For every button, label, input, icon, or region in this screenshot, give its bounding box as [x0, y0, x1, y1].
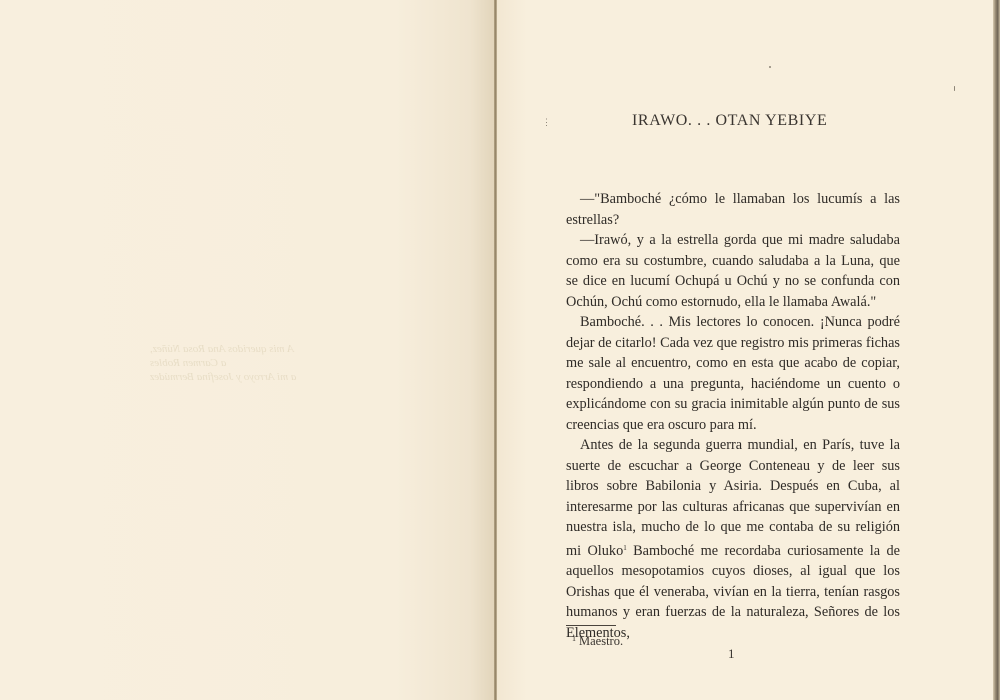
- paper-speck: [769, 66, 771, 68]
- bleed-line: A mis queridos Ana Rosa Núñez,: [150, 342, 330, 356]
- paragraph-text: Antes de la segunda guerra mundial, en P…: [566, 437, 900, 559]
- bleed-line: a mi Arroyo y Josefina Bermúdez: [150, 370, 330, 384]
- footnote: 1Maestro.: [572, 634, 623, 649]
- paper-speck: [954, 86, 955, 91]
- paragraph: Antes de la segunda guerra mundial, en P…: [566, 435, 900, 643]
- footnote-text: Maestro.: [579, 634, 623, 648]
- body-text: —"Bamboché ¿cómo le llamaban los lucumís…: [566, 189, 900, 643]
- paragraph: Bamboché. . . Mis lectores lo conocen. ¡…: [566, 312, 900, 435]
- footnote-number: 1: [572, 634, 576, 643]
- page-number: 1: [728, 646, 735, 662]
- left-page: A mis queridos Ana Rosa Núñez, a Carmen …: [0, 0, 494, 700]
- bleed-through-text: A mis queridos Ana Rosa Núñez, a Carmen …: [150, 342, 330, 384]
- smudge-mark: ⋮: [542, 117, 551, 128]
- paragraph: —"Bamboché ¿cómo le llamaban los lucumís…: [566, 189, 900, 230]
- page-edge: [993, 0, 1000, 700]
- bleed-line: a Carmen Robles: [150, 356, 330, 370]
- paragraph: —Irawó, y a la estrella gorda que mi mad…: [566, 230, 900, 312]
- footnote-rule: [566, 625, 616, 626]
- chapter-title: IRAWO. . . OTAN YEBIYE: [632, 112, 827, 130]
